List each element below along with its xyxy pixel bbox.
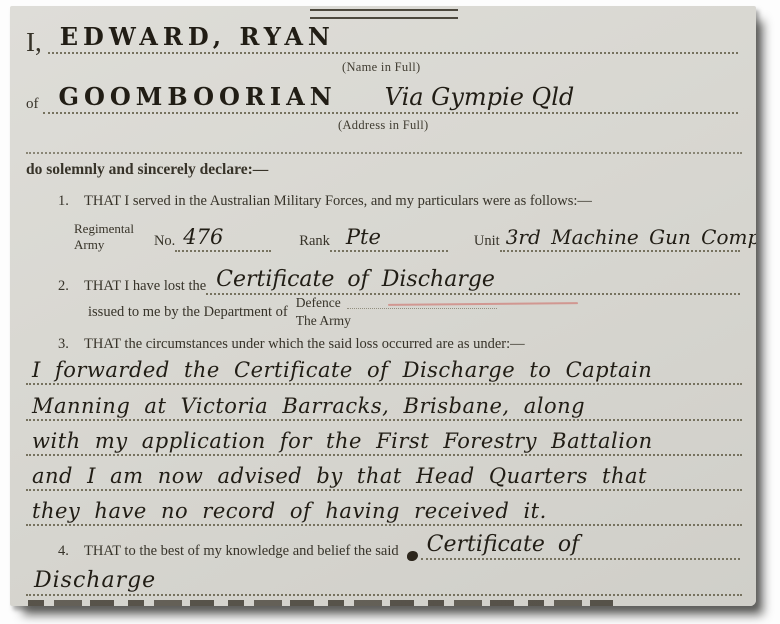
declaration-lead: do solemnly and sincerely declare:— — [26, 161, 268, 179]
of-label: of — [26, 96, 39, 113]
issued-line: issued to me by the Department of — [88, 304, 288, 321]
item4-continuation-line: Discharge — [26, 562, 742, 596]
declaration-form-page: I, EDWARD, RYAN (Name in Full) of GOOMBO… — [10, 6, 756, 606]
handwritten-line: they have no record of having received i… — [26, 491, 742, 526]
item4-row: 4. THAT to the best of my knowledge and … — [58, 532, 740, 560]
address-row: of GOOMBOORIAN Via Gympie Qld — [26, 78, 738, 114]
name-caption: (Name in Full) — [342, 60, 421, 75]
scanned-document: I, EDWARD, RYAN (Name in Full) of GOOMBO… — [0, 0, 780, 624]
ink-blot — [407, 551, 418, 561]
department-options: Defence The Army — [296, 294, 497, 329]
regimental-army-label: Regimental Army — [74, 221, 134, 252]
rank-value: Pte — [330, 225, 381, 250]
handwritten-line: and I am now advised by that Head Quarte… — [26, 456, 742, 491]
item4-lead: THAT to the best of my knowledge and bel… — [84, 543, 399, 560]
handwritten-line: I forwarded the Certificate of Discharge… — [26, 350, 742, 385]
rank-field-line: Pte — [330, 225, 448, 252]
item2-lead: THAT I have lost the — [84, 278, 206, 295]
address-field-line: GOOMBOORIAN Via Gympie Qld — [43, 82, 739, 114]
name-field-line: EDWARD, RYAN — [48, 22, 738, 54]
army-label: Army — [74, 237, 134, 252]
lost-item-field-line: Certificate of Discharge — [206, 267, 740, 295]
item4-value-inline: Certificate of — [421, 532, 580, 558]
section-divider-rule — [26, 152, 742, 154]
regimental-label: Regimental — [74, 221, 134, 236]
unit-field-line: 3rd Machine Gun Company — [500, 225, 740, 252]
department-field-line — [347, 308, 497, 309]
number-value: 476 — [175, 225, 223, 250]
unit-value: 3rd Machine Gun Company — [500, 225, 756, 250]
number-field-line: 476 — [175, 225, 271, 252]
item2-row: 2. THAT I have lost the Certificate of D… — [58, 264, 740, 295]
address-print-value: GOOMBOORIAN — [43, 82, 337, 112]
address-script-value: Via Gympie Qld — [385, 83, 575, 112]
item4-field-line: Certificate of — [421, 532, 740, 560]
handwritten-line: with my application for the First Forest… — [26, 421, 742, 456]
item1-number: 1. — [58, 193, 84, 210]
issued-row: issued to me by the Department of Defenc… — [88, 294, 497, 325]
handwritten-line: Manning at Victoria Barracks, Brisbane, … — [26, 385, 742, 420]
declarant-prefix: I, — [26, 27, 42, 58]
item1-row: 1. THAT I served in the Australian Milit… — [58, 193, 740, 210]
particulars-row: Regimental Army No. 476 Rank Pte Unit 3r… — [74, 216, 740, 252]
department-option-the-army: The Army — [296, 312, 497, 330]
item3-handwritten-paragraph: I forwarded the Certificate of Discharge… — [26, 350, 742, 526]
item1-text: THAT I served in the Australian Military… — [84, 193, 592, 210]
name-row: I, EDWARD, RYAN — [26, 18, 738, 54]
rank-label: Rank — [299, 233, 330, 250]
item4-value-continued: Discharge — [26, 568, 156, 594]
address-caption: (Address in Full) — [338, 118, 429, 133]
item2-number: 2. — [58, 278, 84, 295]
lost-item-value: Certificate of Discharge — [206, 267, 495, 293]
item4-number: 4. — [58, 543, 84, 560]
unit-label: Unit — [474, 233, 500, 250]
clipped-text-line — [28, 600, 613, 606]
number-label: No. — [154, 233, 175, 250]
department-option-defence: Defence — [296, 294, 341, 312]
name-value: EDWARD, RYAN — [48, 22, 335, 52]
